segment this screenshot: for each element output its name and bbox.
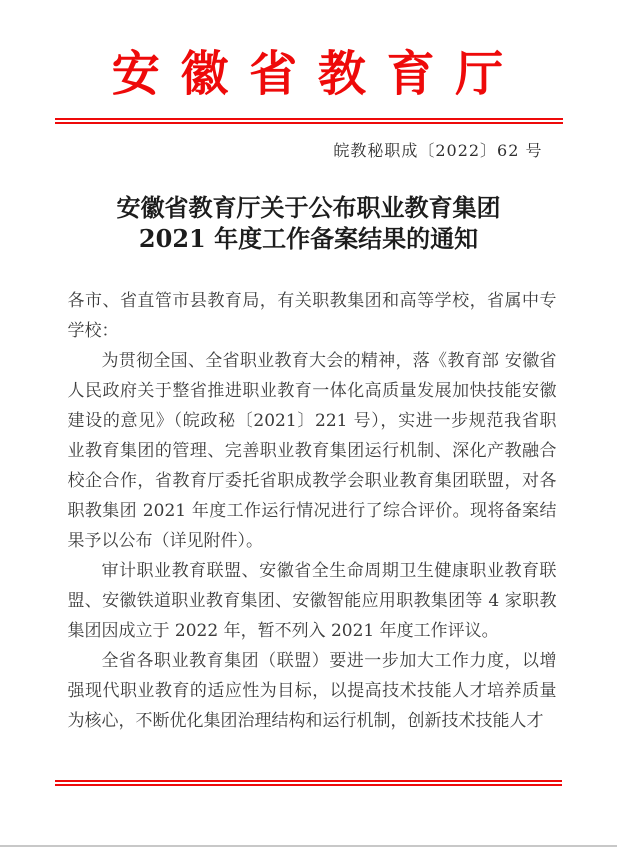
document-title-line1: 安徽省教育厅关于公布职业教育集团 [55, 192, 563, 223]
paragraph: 审计职业教育联盟、安徽省全生命周期卫生健康职业教育联盟、安徽铁道职业教育集团、安… [68, 556, 557, 646]
paragraph: 为贯彻全国、全省职业教育大会的精神，落《教育部 安徽省人民政府关于整省推进职业教… [68, 346, 557, 556]
page-bottom-edge [0, 845, 617, 847]
salutation: 各市、省直管市县教育局，有关职教集团和高等学校，省属中专学校： [68, 286, 557, 346]
paragraph: 全省各职业教育集团（联盟）要进一步加大工作力度，以增强现代职业教育的适应性为目标… [68, 646, 557, 736]
footer-double-rule [55, 780, 562, 786]
header-double-rule [55, 118, 563, 124]
doc-number: 皖教秘职成〔2022〕62 号 [55, 140, 563, 162]
agency-name: 安 徽 省 教 育 厅 [55, 46, 563, 102]
document-body: 各市、省直管市县教育局，有关职教集团和高等学校，省属中专学校： 为贯彻全国、全省… [55, 286, 563, 736]
document-page: 安 徽 省 教 育 厅 皖教秘职成〔2022〕62 号 安徽省教育厅关于公布职业… [55, 46, 563, 736]
document-title: 安徽省教育厅关于公布职业教育集团 2021 年度工作备案结果的通知 [55, 192, 563, 254]
document-title-line2: 2021 年度工作备案结果的通知 [55, 223, 563, 254]
